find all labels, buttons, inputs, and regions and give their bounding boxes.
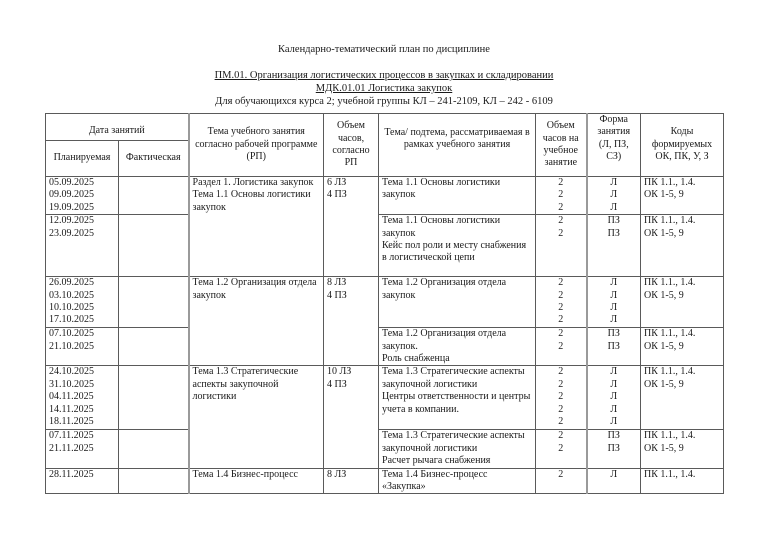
module-title-text: ПМ.01. Организация логистических процесс… [215,70,554,81]
subtopic-cell: Тема 1.4 Бизнес-процесс «Закупка» [379,468,536,494]
table-row: 24.10.2025 31.10.2025 04.11.2025 14.11.2… [46,366,724,430]
header-planned: Планируемая [46,141,119,177]
actual-dates-cell[interactable] [119,328,189,366]
codes-cell: ПК 1.1., 1.4. ОК 1-5, 9 [641,215,724,277]
form-cell: Л Л Л Л [587,277,641,328]
subtopic-cell: Тема 1.3 Стратегические аспекты закупочн… [379,366,536,430]
hours-lesson-cell: 2 2 2 [536,177,587,215]
actual-dates-cell[interactable] [119,277,189,328]
hours-rp-cell: 6 ЛЗ 4 ПЗ [324,177,379,277]
subtopic-cell: Тема 1.2 Организация отдела закупок. Рол… [379,328,536,366]
actual-dates-cell[interactable] [119,215,189,277]
hours-lesson-cell: 2 2 2 2 [536,277,587,328]
header-dates: Дата занятий [46,114,189,141]
actual-dates-cell[interactable] [119,177,189,215]
hours-rp-cell: 8 ЛЗ 4 ПЗ [324,277,379,366]
subtopic-cell: Тема 1.1 Основы логистики закупок [379,177,536,215]
subtopic-cell: Тема 1.1 Основы логистики закупок Кейс п… [379,215,536,277]
actual-dates-cell[interactable] [119,430,189,468]
form-cell: ПЗ ПЗ [587,328,641,366]
form-cell: Л [587,468,641,494]
subtopic-cell: Тема 1.3 Стратегические аспекты закупочн… [379,430,536,468]
table-row: 07.11.2025 21.11.2025Тема 1.3 Стратегиче… [46,430,724,468]
module-title: ПМ.01. Организация логистических процесс… [0,69,768,82]
header-actual: Фактическая [119,141,189,177]
codes-cell: ПК 1.1., 1.4. ОК 1-5, 9 [641,277,724,328]
form-cell: ПЗ ПЗ [587,430,641,468]
actual-dates-cell[interactable] [119,366,189,430]
table-row: 12.09.2025 23.09.2025Тема 1.1 Основы лог… [46,215,724,277]
planned-dates-cell: 28.11.2025 [46,468,119,494]
topic-rp-cell: Тема 1.4 Бизнес-процесс [189,468,324,494]
header-form: Форма занятия (Л, ПЗ, СЗ) [587,114,641,177]
subtopic-cell: Тема 1.2 Организация отдела закупок [379,277,536,328]
planned-dates-cell: 07.10.2025 21.10.2025 [46,328,119,366]
calendar-plan-table: Дата занятий Тема учебного занятия согла… [45,113,724,494]
codes-cell: ПК 1.1., 1.4. [641,468,724,494]
form-cell: Л Л Л Л Л [587,366,641,430]
topic-rp-cell: Тема 1.3 Стратегические аспекты закупочн… [189,366,324,468]
topic-rp-cell: Тема 1.2 Организация отдела закупок [189,277,324,366]
topic-rp-cell: Раздел 1. Логистика закупок Тема 1.1 Осн… [189,177,324,277]
codes-cell: ПК 1.1., 1.4. ОК 1-5, 9 [641,366,724,430]
planned-dates-cell: 12.09.2025 23.09.2025 [46,215,119,277]
codes-cell: ПК 1.1., 1.4. ОК 1-5, 9 [641,430,724,468]
header-hours-lesson: Объем часов на учебное занятие [536,114,587,177]
hours-lesson-cell: 2 [536,468,587,494]
mdk-title-text: МДК.01.01 Логистика закупок [316,83,453,94]
hours-lesson-cell: 2 2 [536,215,587,277]
hours-rp-cell: 10 ЛЗ 4 ПЗ [324,366,379,468]
planned-dates-cell: 05.09.2025 09.09.2025 19.09.2025 [46,177,119,215]
header-topic-rp: Тема учебного занятия согласно рабочей п… [189,114,324,177]
codes-cell: ПК 1.1., 1.4. ОК 1-5, 9 [641,177,724,215]
mdk-title: МДК.01.01 Логистика закупок [0,82,768,95]
document-title: Календарно-тематический план по дисципли… [0,43,768,56]
form-cell: Л Л Л [587,177,641,215]
table-row: 26.09.2025 03.10.2025 10.10.2025 17.10.2… [46,277,724,328]
table-row: 28.11.2025Тема 1.4 Бизнес-процесс8 ЛЗТем… [46,468,724,494]
hours-rp-cell: 8 ЛЗ [324,468,379,494]
planned-dates-cell: 07.11.2025 21.11.2025 [46,430,119,468]
header-hours-rp: Объем часов, согласно РП [324,114,379,177]
form-cell: ПЗ ПЗ [587,215,641,277]
header-subtopic: Тема/ подтема, рассматриваемая в рамках … [379,114,536,177]
table-row: 07.10.2025 21.10.2025Тема 1.2 Организаци… [46,328,724,366]
hours-lesson-cell: 2 2 [536,430,587,468]
codes-cell: ПК 1.1., 1.4. ОК 1-5, 9 [641,328,724,366]
actual-dates-cell[interactable] [119,468,189,494]
header-codes: Коды формируемых ОК, ПК, У, З [641,114,724,177]
table-row: 05.09.2025 09.09.2025 19.09.2025Раздел 1… [46,177,724,215]
group-line: Для обучающихся курса 2; учебной группы … [0,95,768,108]
planned-dates-cell: 24.10.2025 31.10.2025 04.11.2025 14.11.2… [46,366,119,430]
planned-dates-cell: 26.09.2025 03.10.2025 10.10.2025 17.10.2… [46,277,119,328]
hours-lesson-cell: 2 2 [536,328,587,366]
hours-lesson-cell: 2 2 2 2 2 [536,366,587,430]
